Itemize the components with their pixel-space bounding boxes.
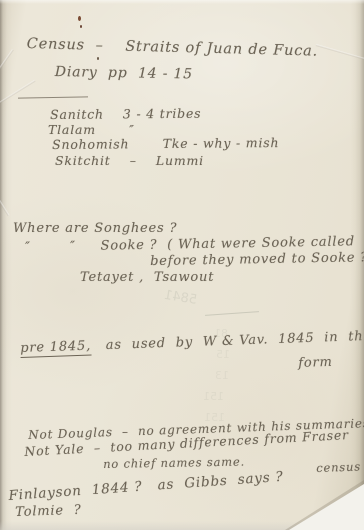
paper-speck (78, 16, 81, 21)
dating-note-cont: form (298, 355, 333, 371)
note-tolmie: Tolmie ? (15, 503, 82, 520)
question-songhees: Where are Songhees ? (13, 221, 177, 236)
ghost-showthrough-digit: 13 (215, 369, 229, 382)
dating-note: pre 1845, as used by W & Vav. 1845 in th… (20, 329, 364, 356)
paper-speck (97, 57, 99, 60)
ghost-showthrough-number: 5841 (163, 288, 198, 308)
dating-underlined: pre 1845, (20, 339, 91, 358)
paper-edge-top (0, 0, 364, 4)
scanned-note-page: 5841 81 15 13 151 151 Census – Straits o… (0, 0, 364, 530)
ghost-showthrough-digit: 151 (203, 390, 224, 403)
tribe-row-snohomish: Snohomish Tke - why - mish (52, 135, 279, 152)
diary-pages: Diary pp 14 - 15 (55, 64, 193, 82)
paper-edge-left (0, 0, 12, 530)
tribe-row-skitchit: Skitchit – Lummi (55, 153, 204, 168)
paper-speck (80, 25, 82, 28)
ghost-underline (205, 311, 259, 316)
divider-rule (18, 96, 88, 98)
note-finlayson: Finlayson 1844 ? as Gibbs says ? (8, 469, 284, 504)
note-chief-names: no chief names same. (103, 455, 245, 471)
question-sooke-cont: before they moved to Sooke ? (150, 250, 364, 269)
tribe-row-tlalam: Tlalam ″ (48, 122, 135, 137)
note-title: Census – Straits of Juan de Fuca. (27, 36, 319, 60)
ghost-showthrough-digit: 15 (216, 348, 230, 361)
tribe-row-sanitch: Sanitch 3 - 4 tribes (50, 106, 201, 122)
village-names: Tetayet , Tsawout (80, 270, 214, 285)
note-census-word: census (316, 459, 361, 475)
